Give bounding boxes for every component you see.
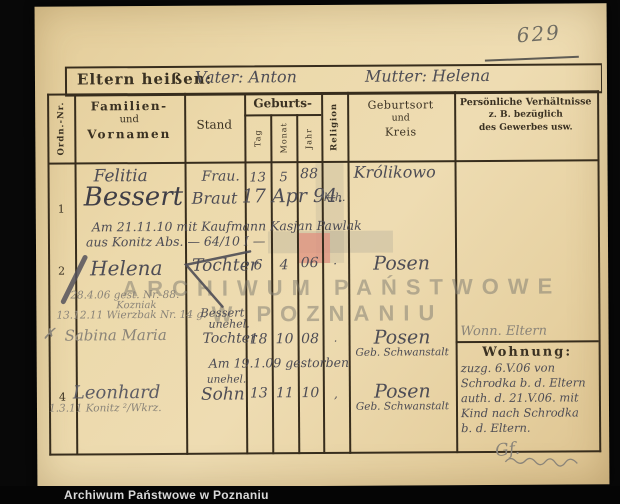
row2-religion: ·: [322, 257, 348, 271]
col-header-ort-line1: Geburtsort: [347, 98, 454, 112]
col-header-name-line3: Vornamen: [74, 127, 184, 142]
footer-bar: Archiwum Państwowe w Poznaniu: [0, 486, 620, 504]
watermark-line1: ARCHIWUM PAŃSTWOWE: [122, 274, 532, 303]
col-header-pers-line3: des Gewerbes usw.: [454, 122, 597, 133]
row3-margin-mark: ✗: [42, 325, 55, 343]
row1-ordnr: 1: [48, 203, 75, 216]
row1-jahr: 88: [297, 166, 322, 182]
row1-surname: Bessert: [84, 182, 184, 213]
col-header-religion: Religion: [321, 95, 347, 159]
row1-marriage-note-line2: aus Konitz Abs. — 64/10 I —: [86, 233, 265, 249]
row3-stand-line2: unehel.: [208, 317, 249, 330]
col-header-monat-label: Monat: [279, 123, 288, 154]
archive-number-underline: [485, 56, 579, 62]
row4-tag: 13: [246, 385, 272, 401]
row3-birthplace-detail: Geb. Schwanstalt: [349, 346, 456, 359]
row2-ordnr: 2: [48, 265, 75, 278]
col-header-ordnr-label: Ordn.-Nr.: [56, 102, 66, 156]
row2-tag: 6: [245, 257, 271, 273]
header-printed-title: Eltern heißen:: [77, 70, 212, 89]
row4-religion: ,: [323, 387, 349, 401]
col-line-name: [184, 93, 188, 455]
col-header-pers-line2: z. B. bezüglich: [454, 109, 597, 120]
paper-sheet: 629 Eltern heißen: Vater: Anton Mutter: …: [35, 3, 610, 487]
col-header-name-line1: Familien-: [74, 99, 184, 114]
col-header-monat: Monat: [270, 116, 296, 160]
col-header-stand: Stand: [184, 117, 244, 131]
wohnung-title: Wohnung:: [456, 344, 599, 360]
row1-stand-line2: Braut: [192, 189, 238, 208]
col-header-ort-line2: und: [347, 112, 454, 124]
wohnung-line-5: b. d. Eltern.: [461, 421, 530, 435]
row2-birthplace: Posen: [348, 252, 455, 275]
wohnung-line-3: auth. d. 21.V.06. mit: [461, 390, 579, 405]
row4-monat: 11: [272, 385, 298, 401]
row2-forename: Helena: [90, 256, 162, 280]
wohnung-line-4: Kind nach Schrodka: [461, 405, 579, 420]
wohnung-pencil-note-above: Wonn. Eltern: [460, 324, 547, 340]
header-handwritten-mutter: Mutter: Helena: [365, 66, 490, 86]
row1-birthplace: Królikowo: [353, 162, 435, 182]
clerk-signature: Gf.: [494, 439, 521, 462]
row3-tag: 18: [246, 331, 272, 347]
wohnung-line-2: Schrodka b. d. Eltern: [461, 375, 586, 390]
wohnung-box-top-line: [456, 340, 599, 343]
row4-stand-line2: Sohn: [201, 384, 245, 404]
archive-number: 629: [516, 20, 562, 47]
col-header-jahr-label: Jahr: [304, 128, 313, 149]
signature-squiggle: [505, 458, 577, 466]
row1-tag: 13: [245, 170, 271, 185]
row3-pencil-note: 13.12.11 Wierzbak Nr. 14 g.: [56, 309, 206, 322]
row4-jahr: 10: [298, 385, 323, 401]
row1-religion: kth.: [322, 191, 348, 204]
col-header-jahr: Jahr: [296, 116, 321, 160]
row4-pencil-note: 1.3.11 Konitz ²/Wkrz.: [49, 402, 162, 415]
row2-monat: 4: [271, 257, 297, 273]
col-header-tag-label: Tag: [253, 130, 262, 148]
row1-marriage-note-line1: Am 21.11.10 mit Kaufmann Kasjan Pawlak: [92, 218, 362, 235]
col-header-name-line2: und: [74, 114, 184, 126]
row2-jahr: 06: [297, 255, 322, 271]
row4-forename: Leonhard: [73, 382, 161, 404]
row3-name: Sabina Maria: [64, 326, 166, 345]
row3-jahr: 08: [298, 331, 323, 347]
header-handwritten-vater: Vater: Anton: [195, 67, 297, 87]
col-header-ort-line3: Kreis: [347, 125, 454, 139]
table-border-right: [597, 90, 601, 452]
scanned-document-page: 629 Eltern heißen: Vater: Anton Mutter: …: [0, 0, 620, 504]
row4-birthplace-detail: Geb. Schwanstalt: [349, 400, 456, 413]
col-header-pers-line1: Persönliche Verhältnisse: [454, 96, 597, 108]
col-header-religion-label: Religion: [329, 103, 339, 151]
row1-monat: 5: [271, 170, 297, 185]
footer-archive-label: Archiwum Państwowe w Poznaniu: [64, 488, 269, 502]
row3-religion: ·: [323, 335, 349, 348]
col-header-tag: Tag: [244, 116, 270, 160]
col-header-ordnr: Ordn.-Nr.: [47, 97, 74, 161]
row1-stand-line1: Frau.: [202, 169, 240, 185]
scan-gray-band: [268, 231, 393, 254]
wohnung-line-1: zuzg. 6.V.06 von: [461, 361, 555, 376]
row3-monat: 10: [272, 331, 298, 347]
row3-death-note: Am 19.1.09 gestorben: [209, 355, 349, 371]
col-header-geburts: Geburts-: [244, 96, 321, 110]
